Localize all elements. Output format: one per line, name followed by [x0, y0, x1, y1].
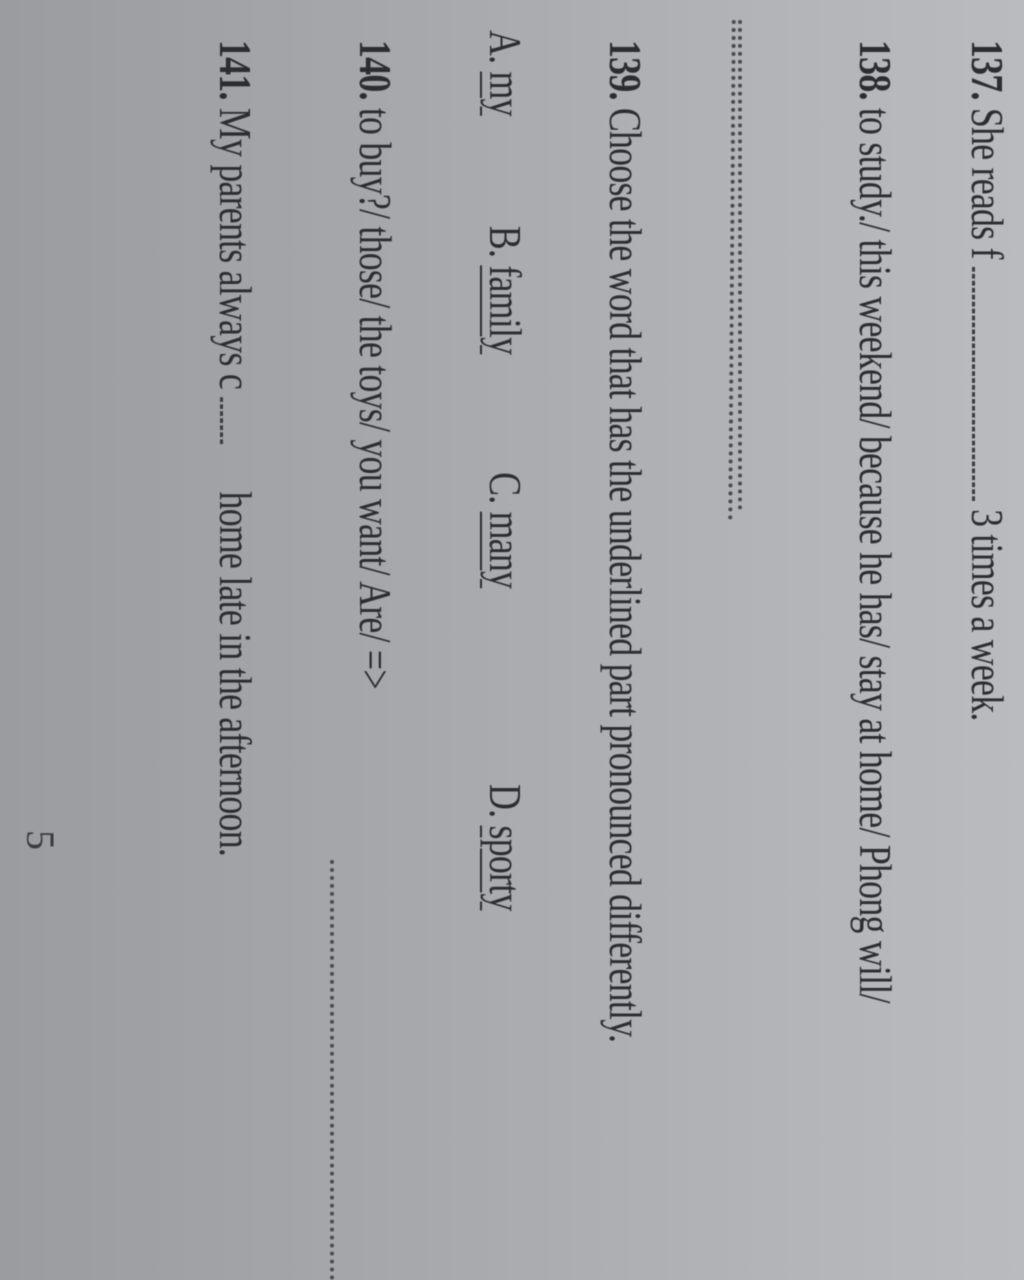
answer-line-138[interactable] [738, 20, 742, 510]
option-c[interactable]: C. many [480, 472, 531, 588]
options-139: A. my B. family C. many D. sporty [479, 30, 532, 911]
answer-line-140[interactable] [330, 860, 334, 1280]
question-138: 138. to study./ this weekend/ because he… [849, 40, 902, 1003]
question-text-start: My parents always c [210, 108, 261, 389]
answer-blank[interactable] [220, 397, 223, 444]
question-text-start: She reads f [962, 108, 1013, 259]
option-a[interactable]: A. my [480, 30, 531, 116]
answer-line[interactable] [728, 20, 735, 520]
question-number: 137. [962, 40, 1013, 100]
question-number: 138. [850, 40, 901, 100]
question-text-end: 3 times a week. [962, 509, 1013, 720]
question-140: 140. to buy?/ those/ the toys/ you want/… [349, 40, 402, 689]
question-text-end: home late in the afternoon. [210, 492, 261, 857]
answer-blank[interactable] [972, 267, 975, 501]
question-text: to buy?/ those/ the toys/ you want/ Are/ [350, 108, 401, 642]
question-number: 140. [350, 40, 401, 100]
worksheet-page: 137. She reads f 3 times a week. 138. to… [0, 0, 1024, 1280]
question-141: 141. My parents always c home late in th… [209, 40, 262, 856]
question-number: 139. [600, 40, 651, 100]
question-139: 139. Choose the word that has the underl… [599, 40, 652, 1042]
question-text: to study./ this weekend/ because he has/… [850, 108, 901, 1003]
option-b[interactable]: B. family [480, 226, 531, 355]
option-d[interactable]: D. sporty [480, 784, 531, 911]
page-number: 5 [17, 830, 64, 850]
question-number: 141. [210, 40, 261, 100]
question-text: Choose the word that has the underlined … [600, 108, 651, 1042]
arrow-icon: => [350, 650, 401, 689]
question-137: 137. She reads f 3 times a week. [961, 40, 1014, 721]
